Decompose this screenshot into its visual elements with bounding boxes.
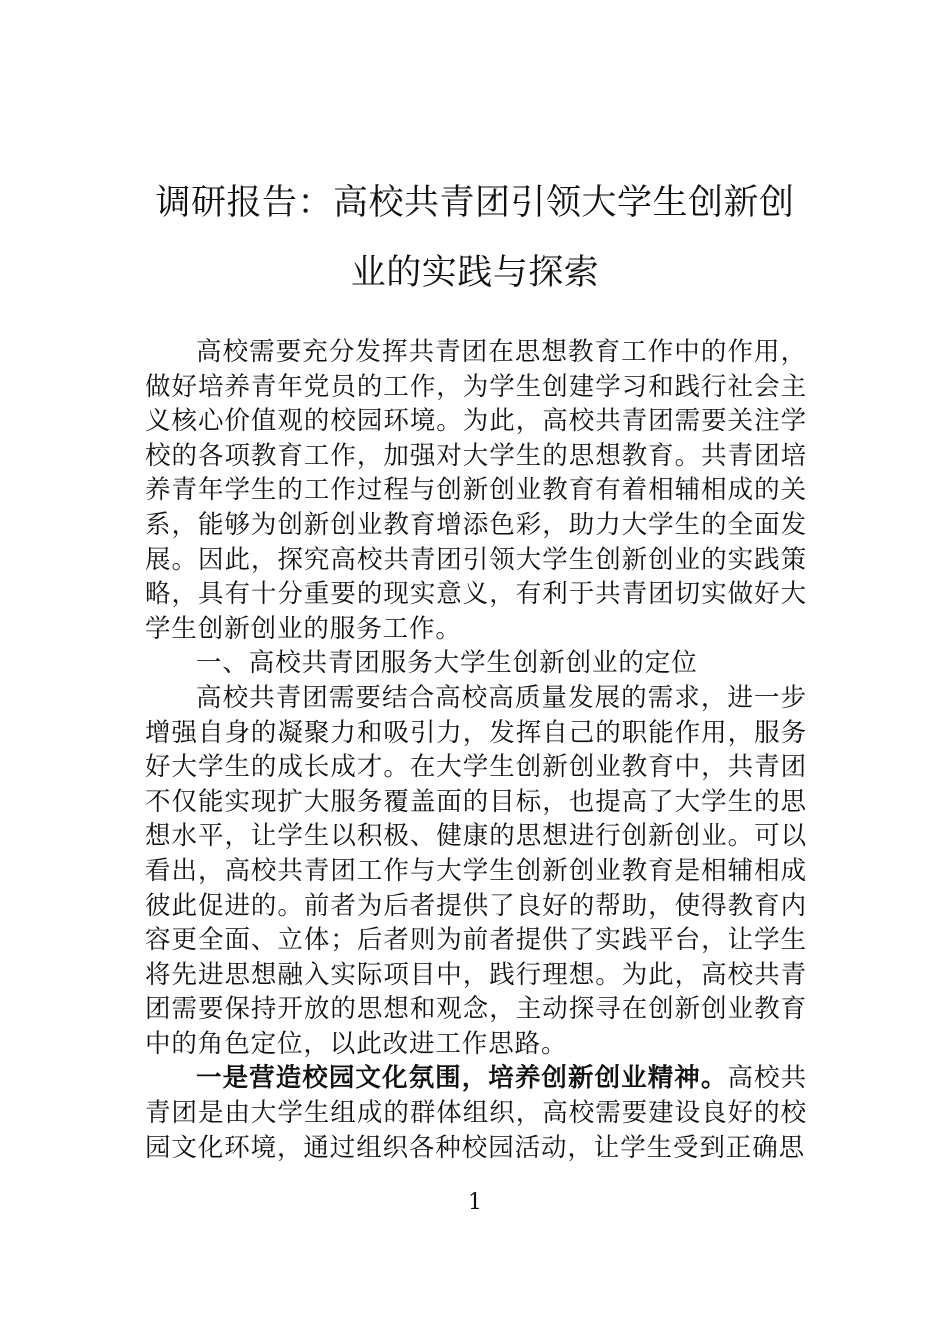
document-title: 调研报告：高校共青团引领大学生创新创 业的实践与探索 [120, 168, 830, 308]
page-number: 1 [0, 1190, 950, 1215]
paragraph-positioning: 高校共青团需要结合高校高质量发展的需求，进一步增强自身的凝聚力和吸引力，发挥自己… [145, 681, 807, 1062]
title-line-1: 调研报告：高校共青团引领大学生创新创 [120, 168, 830, 238]
section-heading-1: 一、高校共青团服务大学生创新创业的定位 [145, 646, 807, 681]
point-1-lead: 一是营造校园文化氛围，培养创新创业精神。 [196, 1063, 727, 1093]
document-page: 调研报告：高校共青团引领大学生创新创 业的实践与探索 高校需要充分发挥共青团在思… [0, 0, 950, 1344]
document-body: 高校需要充分发挥共青团在思想教育工作中的作用，做好培养青年党员的工作，为学生创建… [145, 335, 807, 1165]
paragraph-point-1: 一是营造校园文化氛围，培养创新创业精神。高校共青团是由大学生组成的群体组织，高校… [145, 1061, 807, 1165]
paragraph-intro: 高校需要充分发挥共青团在思想教育工作中的作用，做好培养青年党员的工作，为学生创建… [145, 335, 807, 646]
title-line-2: 业的实践与探索 [120, 238, 830, 308]
